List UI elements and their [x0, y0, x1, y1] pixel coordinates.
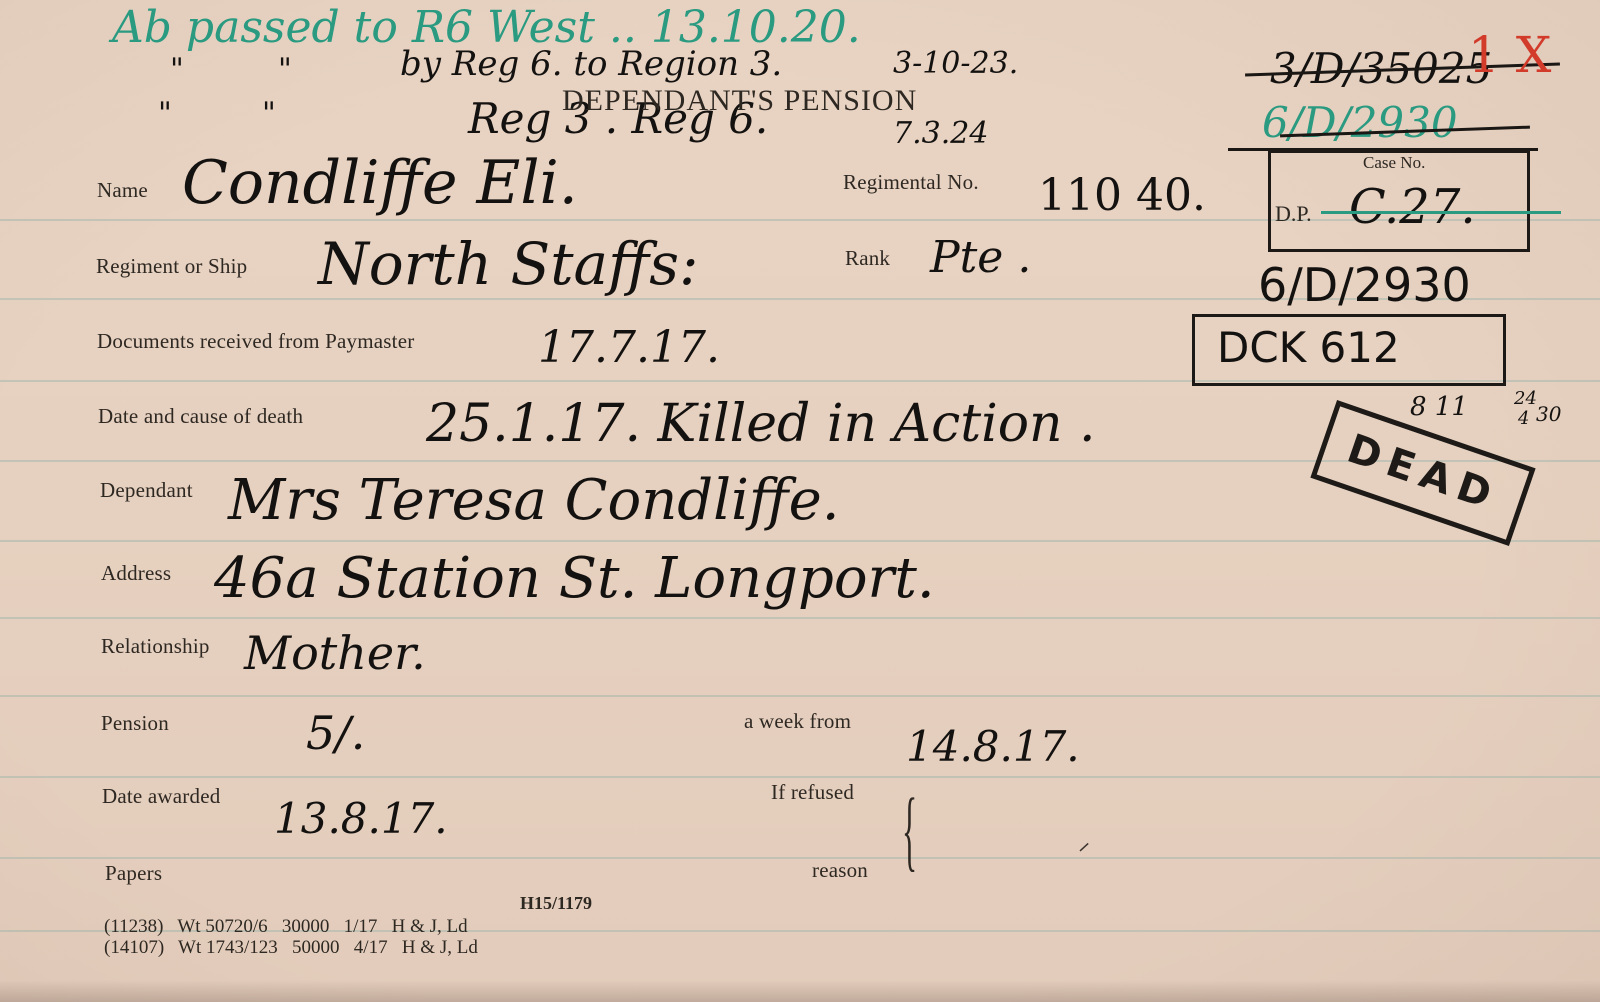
pension-card: Ab passed to R6 West .. 13.10.20. " " by…	[0, 0, 1600, 1002]
annotation-date-3: 7.3.24	[893, 116, 988, 151]
small-fraction-bottom: 4	[1518, 408, 1529, 429]
case-no-label: Case No.	[1363, 153, 1425, 173]
documents-label: Documents received from Paymaster	[97, 329, 414, 354]
brace: {	[902, 786, 917, 876]
rank-label: Rank	[845, 246, 890, 271]
ditto-mark: "	[262, 96, 276, 131]
green-struck-number: 6/D/2930	[1262, 98, 1458, 147]
dependant-value: Mrs Teresa Condliffe.	[228, 468, 840, 533]
pension-value: 5/.	[306, 706, 365, 760]
dp-label: D.P.	[1275, 201, 1312, 227]
annotation-line-2: by Reg 6. to Region 3.	[400, 44, 782, 84]
ditto-mark: "	[170, 52, 184, 87]
regiment-value: North Staffs:	[318, 230, 699, 298]
annotation-date-2: 3-10-23.	[893, 46, 1018, 81]
date-awarded-value: 13.8.17.	[274, 794, 448, 843]
if-refused-label: If refused	[771, 780, 854, 805]
ruling-line	[0, 857, 1600, 859]
date-awarded-label: Date awarded	[102, 784, 220, 809]
dependant-label: Dependant	[100, 478, 193, 503]
name-value: Condliffe Eli.	[182, 148, 578, 218]
death-label: Date and cause of death	[98, 404, 303, 429]
print-line-2: (14107) Wt 1743/123 50000 4/17 H & J, Ld	[104, 937, 478, 959]
death-value: 25.1.17. Killed in Action .	[426, 394, 1096, 454]
case-number-box: Case No. D.P. C.27.	[1268, 150, 1530, 252]
ditto-mark: "	[158, 96, 172, 131]
small-fraction-suffix: 30	[1536, 402, 1561, 426]
regimental-no-value: 110 40.	[1038, 170, 1206, 221]
pension-label: Pension	[101, 711, 169, 736]
ruling-line	[0, 540, 1600, 542]
rank-value: Pte .	[930, 232, 1031, 283]
small-note: 8 11	[1410, 392, 1468, 422]
week-from-value: 14.8.17.	[906, 722, 1080, 771]
small-fraction-top: 24	[1514, 388, 1537, 409]
ruling-line	[0, 776, 1600, 778]
dp-value: C.27.	[1349, 179, 1476, 235]
address-value: 46a Station St. Longport.	[214, 546, 935, 611]
relationship-value: Mother.	[244, 626, 426, 680]
relationship-label: Relationship	[101, 634, 210, 659]
red-cross-mark: 1 X	[1468, 26, 1551, 84]
ruling-line	[0, 617, 1600, 619]
card-title: DEPENDANT'S PENSION	[562, 84, 917, 118]
green-strikethrough	[1321, 211, 1561, 214]
reference-box: DCK 612	[1192, 314, 1506, 386]
ruling-line	[0, 695, 1600, 697]
week-from-label: a week from	[744, 709, 851, 734]
reference-value: DCK 612	[1217, 323, 1400, 372]
file-number: 6/D/2930	[1258, 258, 1471, 312]
papers-label: Papers	[105, 861, 162, 886]
faint-mark: ᐟ	[1076, 838, 1086, 866]
ditto-mark: "	[278, 52, 292, 87]
form-reference: H15/1179	[520, 893, 592, 914]
reason-label: reason	[812, 858, 868, 883]
print-line-1: (11238) Wt 50720/6 30000 1/17 H & J, Ld	[104, 916, 468, 938]
regiment-label: Regiment or Ship	[96, 254, 247, 279]
regimental-no-label: Regimental No.	[843, 170, 979, 195]
documents-value: 17.7.17.	[538, 322, 720, 373]
address-label: Address	[101, 561, 171, 586]
name-label: Name	[97, 178, 148, 203]
